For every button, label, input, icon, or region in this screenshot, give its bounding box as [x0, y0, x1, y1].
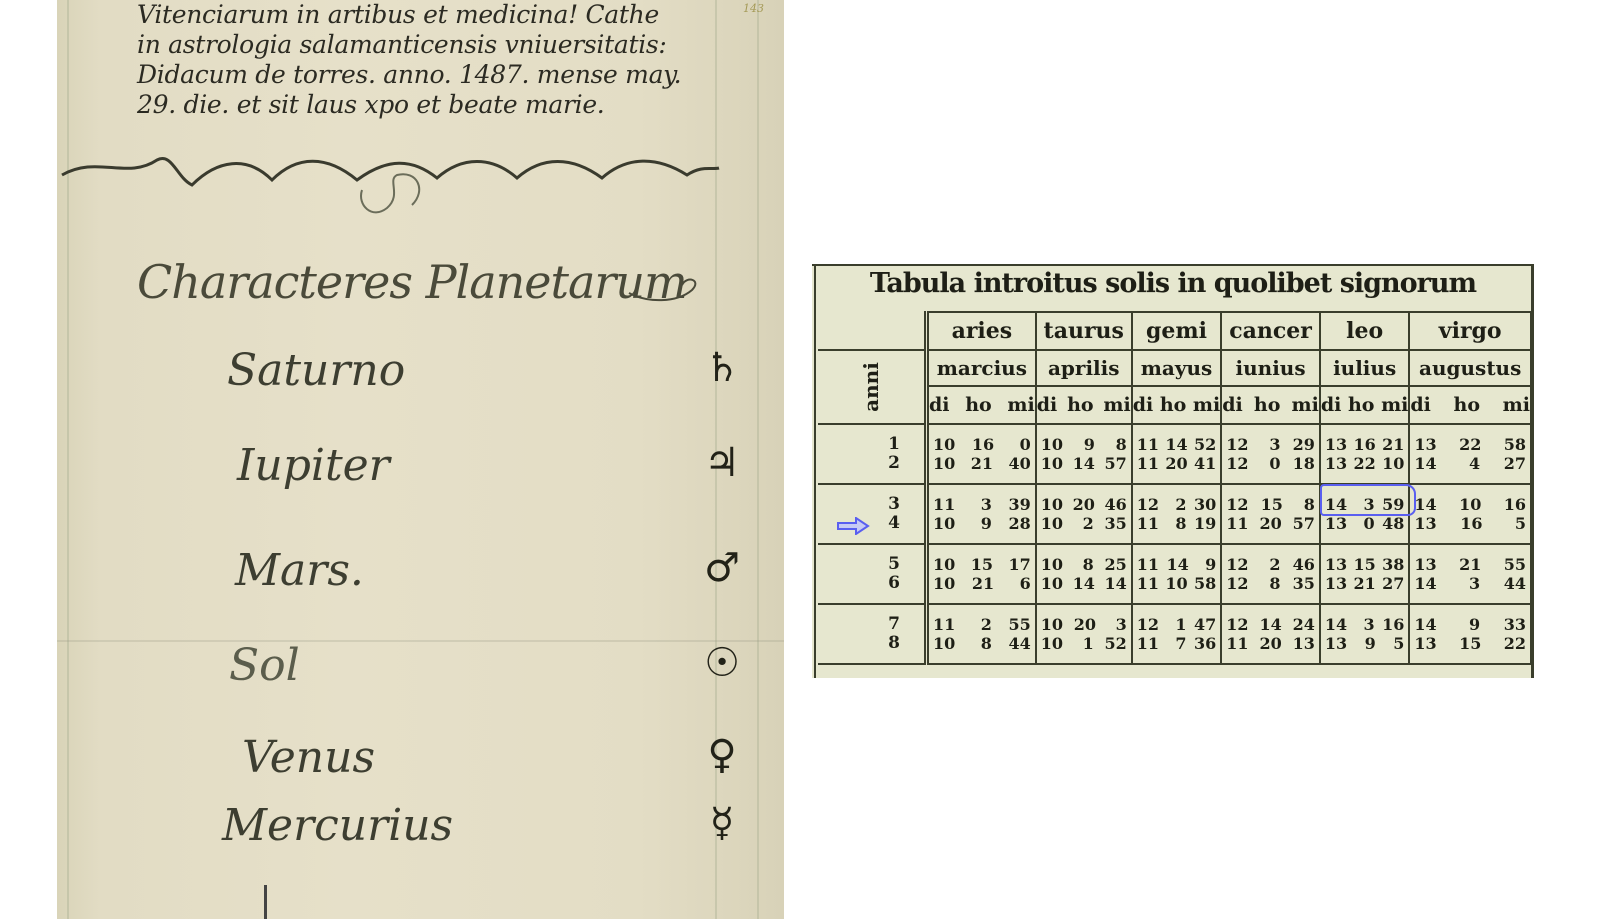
hours-value: 3: [1355, 615, 1375, 634]
minutes-value: 22: [1504, 634, 1526, 653]
colophon-line: in astrologia salamanticensis vniuersita…: [137, 30, 777, 60]
data-cell: 131538132127: [1320, 544, 1410, 604]
hours-value: 1: [1074, 634, 1094, 653]
days-value: 11: [1226, 514, 1248, 533]
year-number: 3: [818, 495, 900, 514]
planet-name: Sol: [229, 640, 300, 691]
hours-value: 16: [1460, 514, 1482, 533]
minutes-value: 36: [1194, 634, 1216, 653]
planet-row-jupiter: Iupiter ♃: [57, 440, 784, 520]
data-cell: 1232912018: [1221, 424, 1320, 484]
table-body: 1210160102140109810145711145211204112329…: [818, 424, 1531, 664]
hours-value: 2: [972, 615, 992, 634]
year-number: 2: [818, 454, 900, 473]
days-value: 12: [1226, 435, 1248, 454]
days-value: 10: [1041, 634, 1063, 653]
year-label: 78: [818, 604, 927, 664]
hours-value: 14: [1167, 555, 1189, 574]
minutes-value: 55: [1504, 555, 1526, 574]
data-cell: 13225814427: [1409, 424, 1531, 484]
minutes-value: 14: [1104, 574, 1126, 593]
days-value: 13: [1325, 514, 1347, 533]
anni-label: anni: [859, 362, 883, 412]
jupiter-symbol-icon: ♃: [697, 440, 747, 486]
column-header-sign: cancer: [1221, 312, 1320, 350]
days-value: 13: [1414, 435, 1436, 454]
table-row: 5610151710216108251014141114911105812246…: [818, 544, 1531, 604]
data-cell: 1133910928: [927, 484, 1036, 544]
hours-value: 20: [1074, 615, 1096, 634]
planet-name: Mars.: [235, 545, 364, 596]
data-cell: 1020310152: [1036, 604, 1132, 664]
days-value: 12: [1226, 454, 1248, 473]
unit-header: dihomi: [1221, 386, 1320, 424]
hours-value: 0: [1261, 454, 1281, 473]
data-cell: 121424112013: [1221, 604, 1320, 664]
data-cell: 111452112041: [1132, 424, 1222, 484]
unit-header: dihomi: [1320, 386, 1410, 424]
hours-value: 15: [1354, 555, 1376, 574]
hours-value: 1: [1167, 615, 1187, 634]
anni-header: anni: [818, 350, 927, 424]
minutes-value: 33: [1504, 615, 1526, 634]
minutes-value: 44: [1008, 634, 1030, 653]
table-row: 1210160102140109810145711145211204112329…: [818, 424, 1531, 484]
minutes-value: 16: [1382, 615, 1404, 634]
sign-header-row: aries taurus gemi cancer leo virgo: [818, 312, 1531, 350]
column-header-month: mayus: [1132, 350, 1222, 386]
days-value: 12: [1226, 615, 1248, 634]
planet-name: Saturno: [227, 345, 405, 396]
hours-value: 2: [1261, 555, 1281, 574]
planet-name: Venus: [242, 732, 375, 783]
days-value: 14: [1414, 615, 1436, 634]
frame-line: [812, 264, 1534, 266]
planet-row-mercury: Mercurius ☿: [57, 800, 784, 880]
hours-value: 21: [971, 454, 993, 473]
minutes-value: 52: [1104, 634, 1126, 653]
minutes-value: 46: [1104, 495, 1126, 514]
days-value: 14: [1414, 495, 1436, 514]
year-number: 7: [818, 615, 900, 634]
data-cell: 1224612835: [1221, 544, 1320, 604]
venus-symbol-icon: ♀: [697, 732, 747, 778]
days-value: 13: [1414, 555, 1436, 574]
minutes-value: 57: [1104, 454, 1126, 473]
minutes-value: 35: [1293, 574, 1315, 593]
hours-value: 8: [1074, 555, 1094, 574]
highlight-annotation: [1320, 484, 1416, 516]
minutes-value: 47: [1194, 615, 1216, 634]
column-header-month: iunius: [1221, 350, 1320, 386]
minutes-value: 28: [1008, 514, 1030, 533]
days-value: 13: [1325, 574, 1347, 593]
minutes-value: 3: [1107, 615, 1127, 634]
planet-name: Iupiter: [237, 440, 390, 491]
days-value: 12: [1226, 495, 1248, 514]
heading-flourish: [627, 275, 707, 305]
data-cell: 10160102140: [927, 424, 1036, 484]
solar-ingress-table: Tabula introitus solis in quolibet signo…: [812, 264, 1534, 678]
hours-value: 21: [972, 574, 994, 593]
minutes-value: 35: [1104, 514, 1126, 533]
minutes-value: 5: [1506, 514, 1526, 533]
days-value: 14: [1325, 615, 1347, 634]
hours-value: 15: [971, 555, 993, 574]
minutes-value: 17: [1008, 555, 1030, 574]
colophon-line: 29. die. et sit laus xpo et beate marie.: [137, 90, 777, 120]
ink-stroke: [264, 885, 267, 919]
data-cell: 143161395: [1320, 604, 1410, 664]
days-value: 11: [1137, 454, 1159, 473]
column-header-sign: aries: [927, 312, 1036, 350]
column-header-sign: leo: [1320, 312, 1410, 350]
hours-value: 14: [1165, 435, 1187, 454]
days-value: 12: [1137, 615, 1159, 634]
year-number: 1: [818, 435, 900, 454]
sun-symbol-icon: ☉: [697, 640, 747, 686]
hours-value: 9: [1460, 615, 1480, 634]
colophon-line: Didacum de torres. anno. 1487. mense may…: [137, 60, 777, 90]
days-value: 13: [1414, 514, 1436, 533]
minutes-value: 21: [1382, 435, 1404, 454]
year-label: 12: [818, 424, 927, 484]
data-cell: 12158112057: [1221, 484, 1320, 544]
data-cell: 10151710216: [927, 544, 1036, 604]
table-title: Tabula introitus solis in quolibet signo…: [812, 268, 1534, 312]
hours-value: 15: [1459, 634, 1481, 653]
year-label: 56: [818, 544, 927, 604]
days-value: 10: [933, 454, 955, 473]
days-value: 10: [933, 634, 955, 653]
manuscript-page: 143 Vitenciarum in artibus et medicina! …: [57, 0, 784, 919]
hours-value: 9: [972, 514, 992, 533]
minutes-value: 30: [1194, 495, 1216, 514]
days-value: 10: [1041, 495, 1063, 514]
minutes-value: 57: [1293, 514, 1315, 533]
minutes-value: 52: [1194, 435, 1216, 454]
minutes-value: 55: [1008, 615, 1030, 634]
data-cell: 10825101414: [1036, 544, 1132, 604]
table-row: 7811255108441020310152121471173612142411…: [818, 604, 1531, 664]
colophon-line: Vitenciarum in artibus et medicina! Cath…: [137, 0, 777, 30]
planet-row-mars: Mars. ♂: [57, 545, 784, 625]
minutes-value: 27: [1504, 454, 1526, 473]
minutes-value: 39: [1008, 495, 1030, 514]
minutes-value: 0: [1011, 435, 1031, 454]
days-value: 10: [1041, 514, 1063, 533]
minutes-value: 27: [1382, 574, 1404, 593]
hours-value: 3: [1261, 435, 1281, 454]
days-value: 11: [1137, 634, 1159, 653]
hours-value: 3: [972, 495, 992, 514]
mercury-symbol-icon: ☿: [697, 800, 747, 846]
data-cell: 10204610235: [1036, 484, 1132, 544]
hours-value: 8: [972, 634, 992, 653]
days-value: 13: [1325, 435, 1347, 454]
hours-value: 2: [1074, 514, 1094, 533]
hours-value: 8: [1167, 514, 1187, 533]
hours-value: 9: [1075, 435, 1095, 454]
hours-value: 2: [1167, 495, 1187, 514]
days-value: 10: [933, 435, 955, 454]
mars-symbol-icon: ♂: [697, 545, 747, 591]
planet-name: Mercurius: [222, 800, 453, 851]
minutes-value: 8: [1107, 435, 1127, 454]
hours-value: 22: [1459, 435, 1481, 454]
arrow-right-icon: [836, 517, 870, 535]
saturn-symbol-icon: ♄: [697, 345, 747, 391]
hours-value: 21: [1354, 574, 1376, 593]
year-number: 8: [818, 634, 900, 653]
days-value: 12: [1137, 495, 1159, 514]
hours-value: 4: [1460, 454, 1480, 473]
year-label: 34: [818, 484, 927, 544]
column-header-sign: taurus: [1036, 312, 1132, 350]
minutes-value: 58: [1504, 435, 1526, 454]
hours-value: 20: [1073, 495, 1095, 514]
days-value: 14: [1414, 574, 1436, 593]
data-table: aries taurus gemi cancer leo virgo anni …: [818, 311, 1532, 665]
minutes-value: 9: [1196, 555, 1216, 574]
unit-header: dihomi: [1409, 386, 1531, 424]
hours-value: 14: [1073, 454, 1095, 473]
hours-value: 10: [1459, 495, 1481, 514]
minutes-value: 40: [1008, 454, 1030, 473]
hours-value: 15: [1261, 495, 1283, 514]
days-value: 11: [933, 615, 955, 634]
planet-row-saturn: Saturno ♄: [57, 345, 784, 425]
minutes-value: 44: [1504, 574, 1526, 593]
days-value: 12: [1226, 555, 1248, 574]
days-value: 10: [1041, 454, 1063, 473]
column-header-sign: gemi: [1132, 312, 1222, 350]
days-value: 12: [1226, 574, 1248, 593]
unit-header: dihomi: [1036, 386, 1132, 424]
minutes-value: 13: [1293, 634, 1315, 653]
hours-value: 22: [1354, 454, 1376, 473]
days-value: 11: [933, 495, 955, 514]
decorative-wave-line: [57, 150, 784, 230]
hours-value: 16: [972, 435, 994, 454]
days-value: 13: [1325, 555, 1347, 574]
planet-characters-heading: Characteres Planetarum: [137, 255, 687, 309]
minutes-value: 25: [1104, 555, 1126, 574]
days-value: 10: [1041, 574, 1063, 593]
days-value: 13: [1414, 634, 1436, 653]
data-cell: 1223011819: [1132, 484, 1222, 544]
minutes-value: 5: [1384, 634, 1404, 653]
days-value: 11: [1137, 574, 1159, 593]
data-cell: 13215514344: [1409, 544, 1531, 604]
data-cell: 1214711736: [1132, 604, 1222, 664]
days-value: 13: [1325, 454, 1347, 473]
year-number: 5: [818, 555, 900, 574]
minutes-value: 8: [1295, 495, 1315, 514]
column-header-sign: virgo: [1409, 312, 1531, 350]
hours-value: 21: [1459, 555, 1481, 574]
minutes-value: 38: [1382, 555, 1404, 574]
hours-value: 8: [1261, 574, 1281, 593]
hours-value: 0: [1355, 514, 1375, 533]
minutes-value: 6: [1011, 574, 1031, 593]
column-header-month: aprilis: [1036, 350, 1132, 386]
corner-cell: [818, 312, 927, 350]
data-cell: 14101613165: [1409, 484, 1531, 544]
hours-value: 14: [1073, 574, 1095, 593]
minutes-value: 48: [1382, 514, 1404, 533]
frame-line: [814, 264, 816, 678]
hours-value: 20: [1259, 634, 1281, 653]
minutes-value: 46: [1293, 555, 1315, 574]
minutes-value: 16: [1504, 495, 1526, 514]
planet-row-sol: Sol ☉: [57, 640, 784, 720]
days-value: 10: [933, 514, 955, 533]
data-cell: 1125510844: [927, 604, 1036, 664]
hours-value: 20: [1259, 514, 1281, 533]
days-value: 11: [1137, 555, 1159, 574]
days-value: 14: [1414, 454, 1436, 473]
table-row: 3411339109281020461023512230118191215811…: [818, 484, 1531, 544]
days-value: 10: [1041, 615, 1063, 634]
minutes-value: 58: [1194, 574, 1216, 593]
days-value: 13: [1325, 634, 1347, 653]
hours-value: 9: [1356, 634, 1376, 653]
month-header-row: anni marcius aprilis mayus iunius iulius…: [818, 350, 1531, 386]
data-cell: 11149111058: [1132, 544, 1222, 604]
hours-value: 7: [1167, 634, 1187, 653]
minutes-value: 19: [1194, 514, 1216, 533]
days-value: 11: [1137, 435, 1159, 454]
year-number: 6: [818, 574, 900, 593]
minutes-value: 29: [1293, 435, 1315, 454]
days-value: 10: [933, 574, 955, 593]
data-cell: 1098101457: [1036, 424, 1132, 484]
column-header-month: marcius: [927, 350, 1036, 386]
minutes-value: 41: [1194, 454, 1216, 473]
hours-value: 16: [1354, 435, 1376, 454]
column-header-month: iulius: [1320, 350, 1410, 386]
data-cell: 131621132210: [1320, 424, 1410, 484]
days-value: 10: [933, 555, 955, 574]
column-header-month: augustus: [1409, 350, 1531, 386]
minutes-value: 18: [1293, 454, 1315, 473]
unit-header: dihomi: [1132, 386, 1222, 424]
days-value: 11: [1137, 514, 1159, 533]
hours-value: 3: [1460, 574, 1480, 593]
hours-value: 10: [1165, 574, 1187, 593]
days-value: 11: [1226, 634, 1248, 653]
hours-value: 14: [1259, 615, 1281, 634]
hours-value: 20: [1165, 454, 1187, 473]
unit-header: dihomi: [927, 386, 1036, 424]
colophon-text: Vitenciarum in artibus et medicina! Cath…: [137, 0, 777, 120]
minutes-value: 10: [1382, 454, 1404, 473]
days-value: 10: [1041, 435, 1063, 454]
minutes-value: 24: [1293, 615, 1315, 634]
data-cell: 14933131522: [1409, 604, 1531, 664]
days-value: 10: [1041, 555, 1063, 574]
